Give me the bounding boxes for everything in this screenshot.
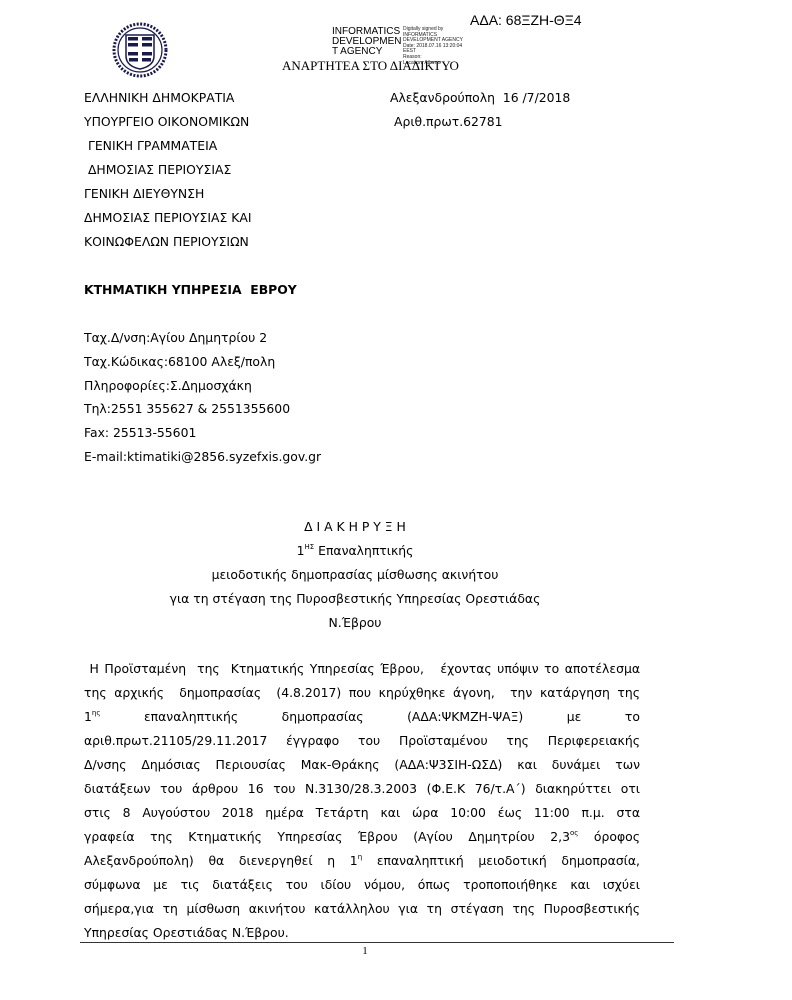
notice-subtitle-line: για τη στέγαση της Πυροσβεστικής Υπηρεσί… <box>0 591 710 606</box>
notice-subtitle-line: Ν.Έβρου <box>0 615 710 630</box>
ada-code: ΑΔΑ: 68ΞΖΗ-ΘΞ4 <box>470 12 582 28</box>
notice-subtitle: 1ΗΣ Επαναληπτικής <box>0 543 710 558</box>
body-line: 1ης επαναληπτικής δημοπρασίας (ΑΔΑ:ΨΚΜΖΗ… <box>84 705 640 729</box>
ordinal-suffix: ΗΣ <box>304 543 314 551</box>
sender-line: ΕΛΛΗΝΙΚΗ ΔΗΜΟΚΡΑΤΙΑ <box>84 90 234 105</box>
signer-line: T AGENCY <box>332 47 401 57</box>
body-line: Η Προϊσταμένη της Κτηματικής Υπηρεσίας Έ… <box>84 657 640 681</box>
sender-line: ΚΟΙΝΩΦΕΛΩΝ ΠΕΡΙΟΥΣΙΩΝ <box>84 234 249 249</box>
footer-divider <box>80 942 674 943</box>
subtitle-text: Επαναληπτικής <box>314 543 413 558</box>
office-name: ΚΤΗΜΑΤΙΚΗ ΥΠΗΡΕΣΙΑ ΕΒΡΟΥ <box>84 282 297 297</box>
ordinal: 1ης <box>84 705 100 729</box>
place-date: Αλεξανδρούπολη 16 /7/2018 <box>390 90 570 105</box>
body-word: το <box>625 705 640 729</box>
contact-postcode: Ταχ.Κώδικας:68100 Αλεξ/πολη <box>84 354 275 369</box>
body-line: στις 8 Αυγούστου 2018 ημέρα Τετάρτη και … <box>84 801 640 825</box>
page-number: 1 <box>0 945 730 957</box>
body-line: σύμφωνα με τις διατάξεις του ιδίου νόμου… <box>84 873 640 897</box>
coat-of-arms-icon <box>112 22 168 78</box>
contact-phone: Τηλ:2551 355627 & 2551355600 <box>84 401 290 416</box>
sender-line: ΓΕΝΙΚΗ ΓΡΑΜΜΑΤΕΙΑ <box>84 138 217 153</box>
contact-address: Ταχ.Δ/νση:Αγίου Δημητρίου 2 <box>84 330 267 345</box>
body-word: δημοπρασίας <box>282 705 364 729</box>
body-line: Δ/νσης Δημόσιας Περιουσίας Μακ-Θράκης (Α… <box>84 753 640 777</box>
contact-info: Πληροφορίες:Σ.Δημοσχάκη <box>84 378 252 393</box>
sender-line: ΓΕΝΙΚΗ ΔΙΕΥΘΥΝΣΗ <box>84 186 204 201</box>
protocol-number: Αριθ.πρωτ.62781 <box>394 114 503 129</box>
body-line: διατάξεων του άρθρου 16 του Ν.3130/28.3.… <box>84 777 640 801</box>
posting-note: ΑΝΑΡΤΗΤΕΑ ΣΤΟ ΔΙΑΔΙΚΤΥΟ <box>282 58 459 74</box>
signature-signer: INFORMATICS DEVELOPMEN T AGENCY <box>332 27 401 57</box>
body-line: Αλεξανδρούπολη) θα διενεργηθεί η 1η επαν… <box>84 849 640 873</box>
body-paragraph: Η Προϊσταμένη της Κτηματικής Υπηρεσίας Έ… <box>84 657 640 945</box>
sender-line: ΔΗΜΟΣΙΑΣ ΠΕΡΙΟΥΣΙΑΣ ΚΑΙ <box>84 210 252 225</box>
sender-line: ΥΠΟΥΡΓΕΙΟ ΟΙΚΟΝΟΜΙΚΩΝ <box>84 114 249 129</box>
body-line: γραφεία της Κτηματικής Υπηρεσίας Έβρου (… <box>84 825 640 849</box>
body-word: επαναληπτικής <box>144 705 238 729</box>
body-word: (ΑΔΑ:ΨΚΜΖΗ-ΨΑΞ) <box>407 705 523 729</box>
contact-fax: Fax: 25513-55601 <box>84 425 196 440</box>
notice-subtitle-line: μειοδοτικής δημοπρασίας μίσθωσης ακινήτο… <box>0 567 710 582</box>
body-line: αριθ.πρωτ.21105/29.11.2017 έγγραφο του Π… <box>84 729 640 753</box>
contact-email[interactable]: E-mail:ktimatiki@2856.syzefxis.gov.gr <box>84 449 321 464</box>
body-line: σήμερα,για τη μίσθωση ακινήτου κατάλληλο… <box>84 897 640 921</box>
body-word: με <box>567 705 582 729</box>
sender-line: ΔΗΜΟΣΙΑΣ ΠΕΡΙΟΥΣΙΑΣ <box>84 162 231 177</box>
notice-heading: Δ Ι Α Κ Η Ρ Υ Ξ Η <box>0 519 710 534</box>
body-line: της αρχικής δημοπρασίας (4.8.2017) που κ… <box>84 681 640 705</box>
